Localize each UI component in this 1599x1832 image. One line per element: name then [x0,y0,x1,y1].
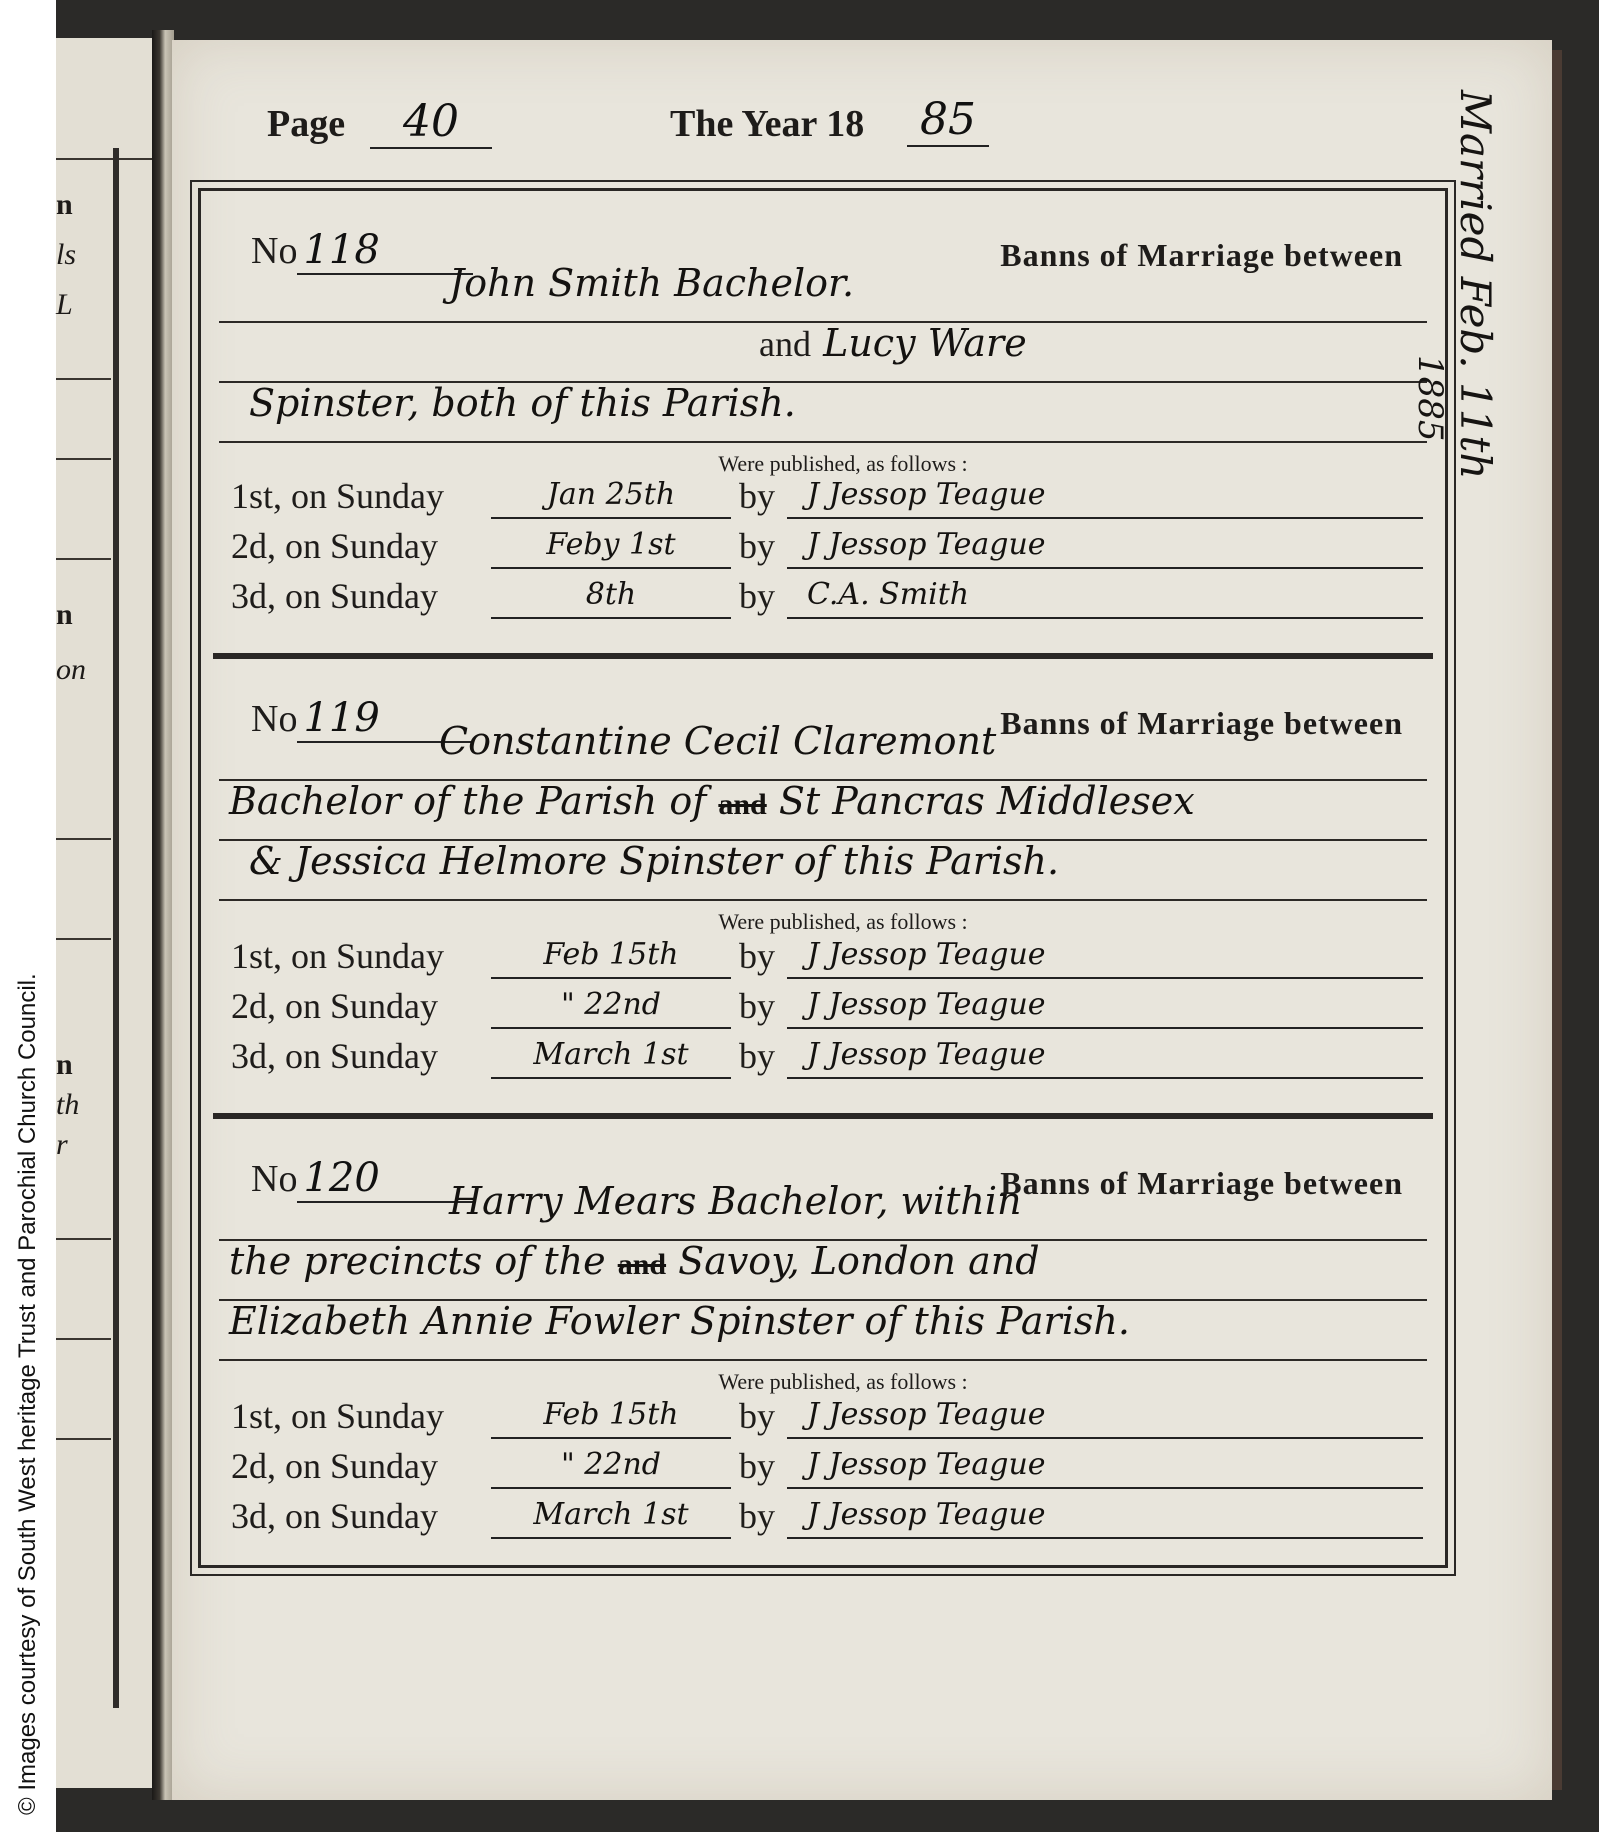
left-page-text: th [56,1088,79,1122]
margin-annotation-year: 1885 [1410,355,1450,442]
left-page-text: n [56,598,73,632]
publication-row: 1st, on Sunday Feb 15th by J Jessop Teag… [231,931,1423,983]
sunday-label: 2d, on Sunday [231,525,438,567]
banns-entry: No118 Banns of Marriage between John Smi… [213,191,1433,651]
left-page-rule [56,1238,111,1240]
sunday-label: 3d, on Sunday [231,1495,438,1537]
left-page-rule [56,938,111,940]
officiant-signature: C.A. Smith [787,573,1423,619]
facing-page-fragment: n ls L n on n th r [56,38,166,1788]
publication-row: 1st, on Sunday Feb 15th by J Jessop Teag… [231,1391,1423,1443]
by-label: by [739,985,775,1027]
publication-date: " 22nd [491,1443,731,1489]
sunday-label: 2d, on Sunday [231,1445,438,1487]
parish-of-line: Bachelor of the Parish of and St Pancras… [219,779,1427,841]
groom-line: Harry Mears Bachelor, within [219,1179,1427,1241]
and-label: and [759,324,811,364]
publication-date: March 1st [491,1033,731,1079]
page-label: Page [267,102,345,146]
groom-line: John Smith Bachelor. [219,261,1427,323]
by-label: by [739,575,775,617]
by-label: by [739,525,775,567]
by-label: by [739,475,775,517]
publication-date: Feb 15th [491,1393,731,1439]
left-page-rule [56,558,111,560]
copyright-credit: © Images courtesy of South West heritage… [14,973,42,1815]
officiant-signature: J Jessop Teague [787,983,1423,1029]
left-page-text: on [56,653,86,687]
sunday-label: 1st, on Sunday [231,1395,444,1437]
by-label: by [739,1495,775,1537]
precincts-line: the precincts of the and Savoy, London a… [219,1239,1427,1301]
left-page-rule [56,378,111,380]
book-cover-edge [1552,50,1562,1790]
officiant-signature: J Jessop Teague [787,1033,1423,1079]
publication-date: March 1st [491,1493,731,1539]
by-label: by [739,1445,775,1487]
margin-annotation: Married Feb. 11th [1451,90,1500,479]
bride-line: Elizabeth Annie Fowler Spinster of this … [219,1299,1427,1361]
groom-parish-prefix: Bachelor of the Parish of [229,779,706,823]
publication-row: 3d, on Sunday 8th by C.A. Smith [231,571,1423,623]
sunday-label: 1st, on Sunday [231,475,444,517]
groom-residence: Savoy, London and [678,1239,1039,1283]
struck-and-label: and [718,788,766,821]
left-page-border [113,148,119,1708]
groom-parish: St Pancras Middlesex [779,779,1195,823]
parish-line: Spinster, both of this Parish. [219,381,1427,443]
banns-entry: No119 Banns of Marriage between Constant… [213,653,1433,1119]
officiant-signature: J Jessop Teague [787,933,1423,979]
groom-residence-prefix: the precincts of the [229,1239,606,1283]
register-page: Page 40 The Year 18 85 No118 Banns of Ma… [172,40,1552,1800]
officiant-signature: J Jessop Teague [787,473,1423,519]
bride-line: & Jessica Helmore Spinster of this Paris… [219,839,1427,901]
page-header: Page 40 The Year 18 85 [267,102,1552,162]
left-page-rule [56,158,166,160]
sunday-label: 2d, on Sunday [231,985,438,1027]
publication-row: 2d, on Sunday " 22nd by J Jessop Teague [231,1441,1423,1493]
sunday-label: 3d, on Sunday [231,1035,438,1077]
publication-row: 2d, on Sunday " 22nd by J Jessop Teague [231,981,1423,1033]
entries-frame: No118 Banns of Marriage between John Smi… [198,188,1448,1568]
publication-date: " 22nd [491,983,731,1029]
banns-entry: No120 Banns of Marriage between Harry Me… [213,1113,1433,1579]
publication-date: Feb 15th [491,933,731,979]
left-page-text: ls [56,238,76,272]
bride-name: Lucy Ware [823,321,1027,365]
left-page-rule [56,1438,111,1440]
by-label: by [739,1395,775,1437]
book-spine [152,30,174,1800]
left-page-text: L [56,288,73,322]
page-number: 40 [370,96,492,149]
publication-row: 3d, on Sunday March 1st by J Jessop Teag… [231,1031,1423,1083]
officiant-signature: J Jessop Teague [787,1393,1423,1439]
publication-date: Jan 25th [491,473,731,519]
by-label: by [739,1035,775,1077]
publication-date: 8th [491,573,731,619]
left-page-rule [56,838,111,840]
year-suffix: 85 [907,94,989,147]
left-page-text: n [56,1048,73,1082]
year-label: The Year 18 [670,102,864,146]
publication-row: 1st, on Sunday Jan 25th by J Jessop Teag… [231,471,1423,523]
publication-row: 3d, on Sunday March 1st by J Jessop Teag… [231,1491,1423,1543]
struck-and-label: and [618,1248,666,1281]
by-label: by [739,935,775,977]
groom-line: Constantine Cecil Claremont [219,719,1427,781]
publication-row: 2d, on Sunday Feby 1st by J Jessop Teagu… [231,521,1423,573]
credit-strip: © Images courtesy of South West heritage… [0,0,56,1832]
officiant-signature: J Jessop Teague [787,1493,1423,1539]
officiant-signature: J Jessop Teague [787,1443,1423,1489]
bride-line: and Lucy Ware [219,321,1427,383]
officiant-signature: J Jessop Teague [787,523,1423,569]
publication-date: Feby 1st [491,523,731,569]
left-page-rule [56,458,111,460]
left-page-text: r [56,1128,68,1162]
left-page-rule [56,1338,111,1340]
sunday-label: 3d, on Sunday [231,575,438,617]
left-page-text: n [56,188,73,222]
sunday-label: 1st, on Sunday [231,935,444,977]
